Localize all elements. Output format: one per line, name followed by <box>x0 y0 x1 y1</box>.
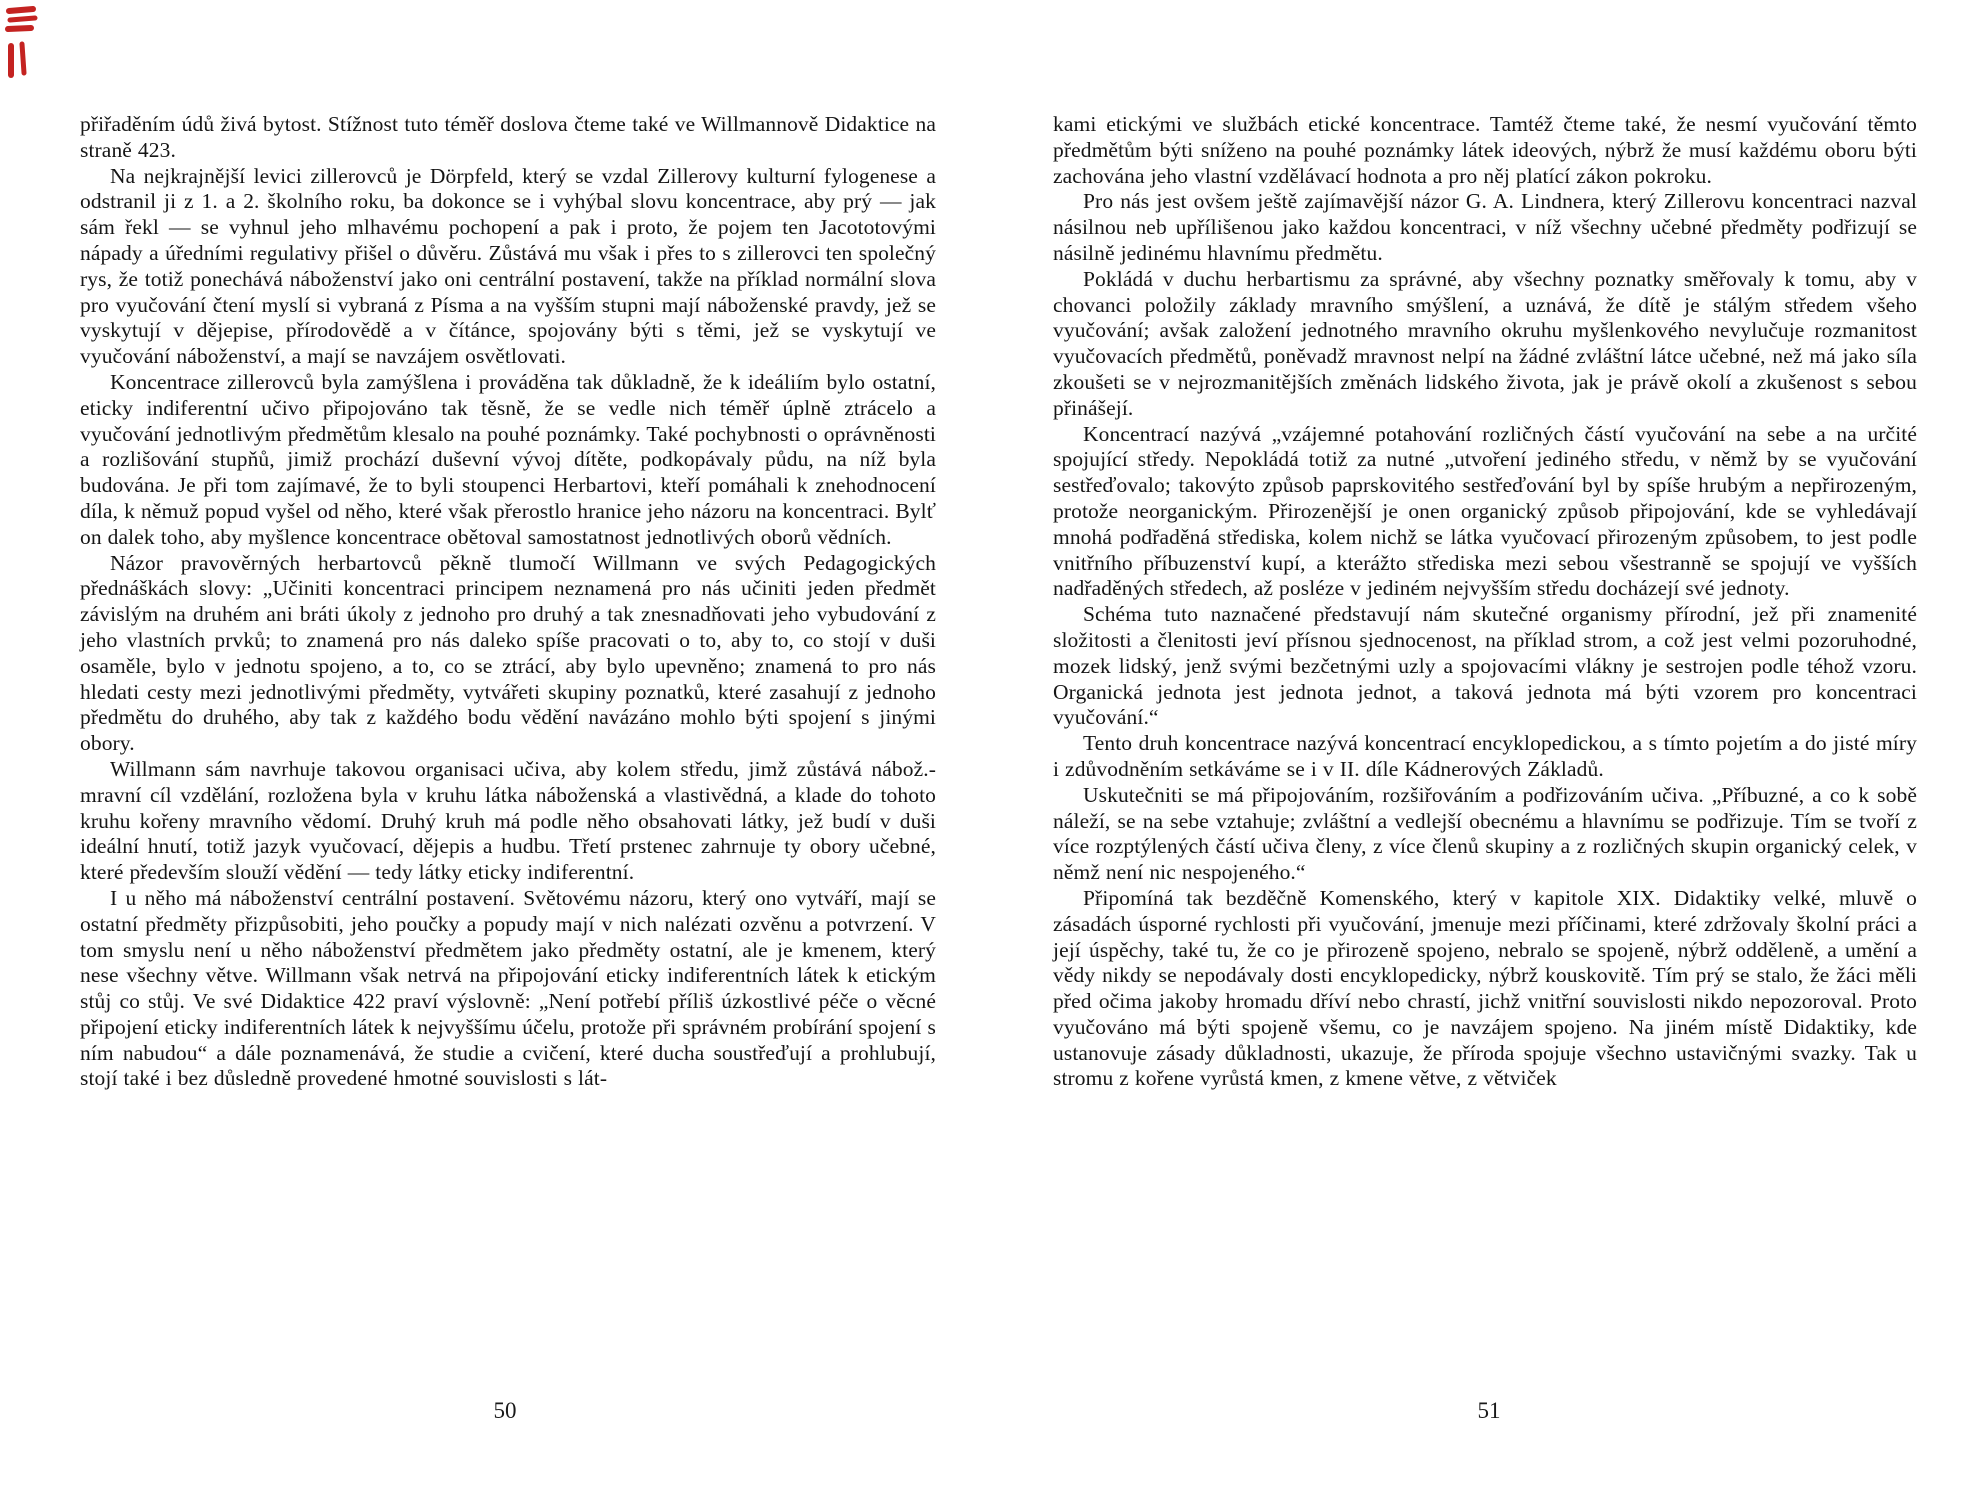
paragraph: Uskutečniti se má připojováním, rozšiřov… <box>1053 783 1917 886</box>
paragraph: Pro nás jest ovšem ještě zajímavější náz… <box>1053 189 1917 266</box>
page-51: kami etickými ve službách etické koncent… <box>1053 112 1917 1092</box>
page-number: 51 <box>1449 1398 1529 1424</box>
paragraph: I u něho má náboženství centrální postav… <box>80 886 936 1092</box>
paragraph: Koncentrace zillerovců byla zamýšlena i … <box>80 370 936 551</box>
paragraph: Tento druh koncentrace nazývá koncentrac… <box>1053 731 1917 783</box>
paragraph: Koncentrací nazývá „vzájemné potahování … <box>1053 422 1917 603</box>
paragraph: Schéma tuto naznačené představují nám sk… <box>1053 602 1917 731</box>
page-50: přiřaděním údů živá bytost. Stížnost tut… <box>80 112 936 1092</box>
paragraph: Pokládá v duchu herbartismu za správné, … <box>1053 267 1917 422</box>
paragraph: Na nejkrajnější levici zillerovců je Dör… <box>80 164 936 370</box>
paragraph: Názor pravověrných herbartovců pěkně tlu… <box>80 551 936 757</box>
paragraph: Připomíná tak bezděčně Komenského, který… <box>1053 886 1917 1092</box>
paragraph: přiřaděním údů živá bytost. Stížnost tut… <box>80 112 936 164</box>
paragraph: kami etickými ve službách etické koncent… <box>1053 112 1917 189</box>
page-number: 50 <box>465 1398 545 1424</box>
book-spread: přiřaděním údů živá bytost. Stížnost tut… <box>0 0 1986 1500</box>
paragraph: Willmann sám navrhuje takovou organisaci… <box>80 757 936 886</box>
red-stamp-mark <box>3 3 47 83</box>
